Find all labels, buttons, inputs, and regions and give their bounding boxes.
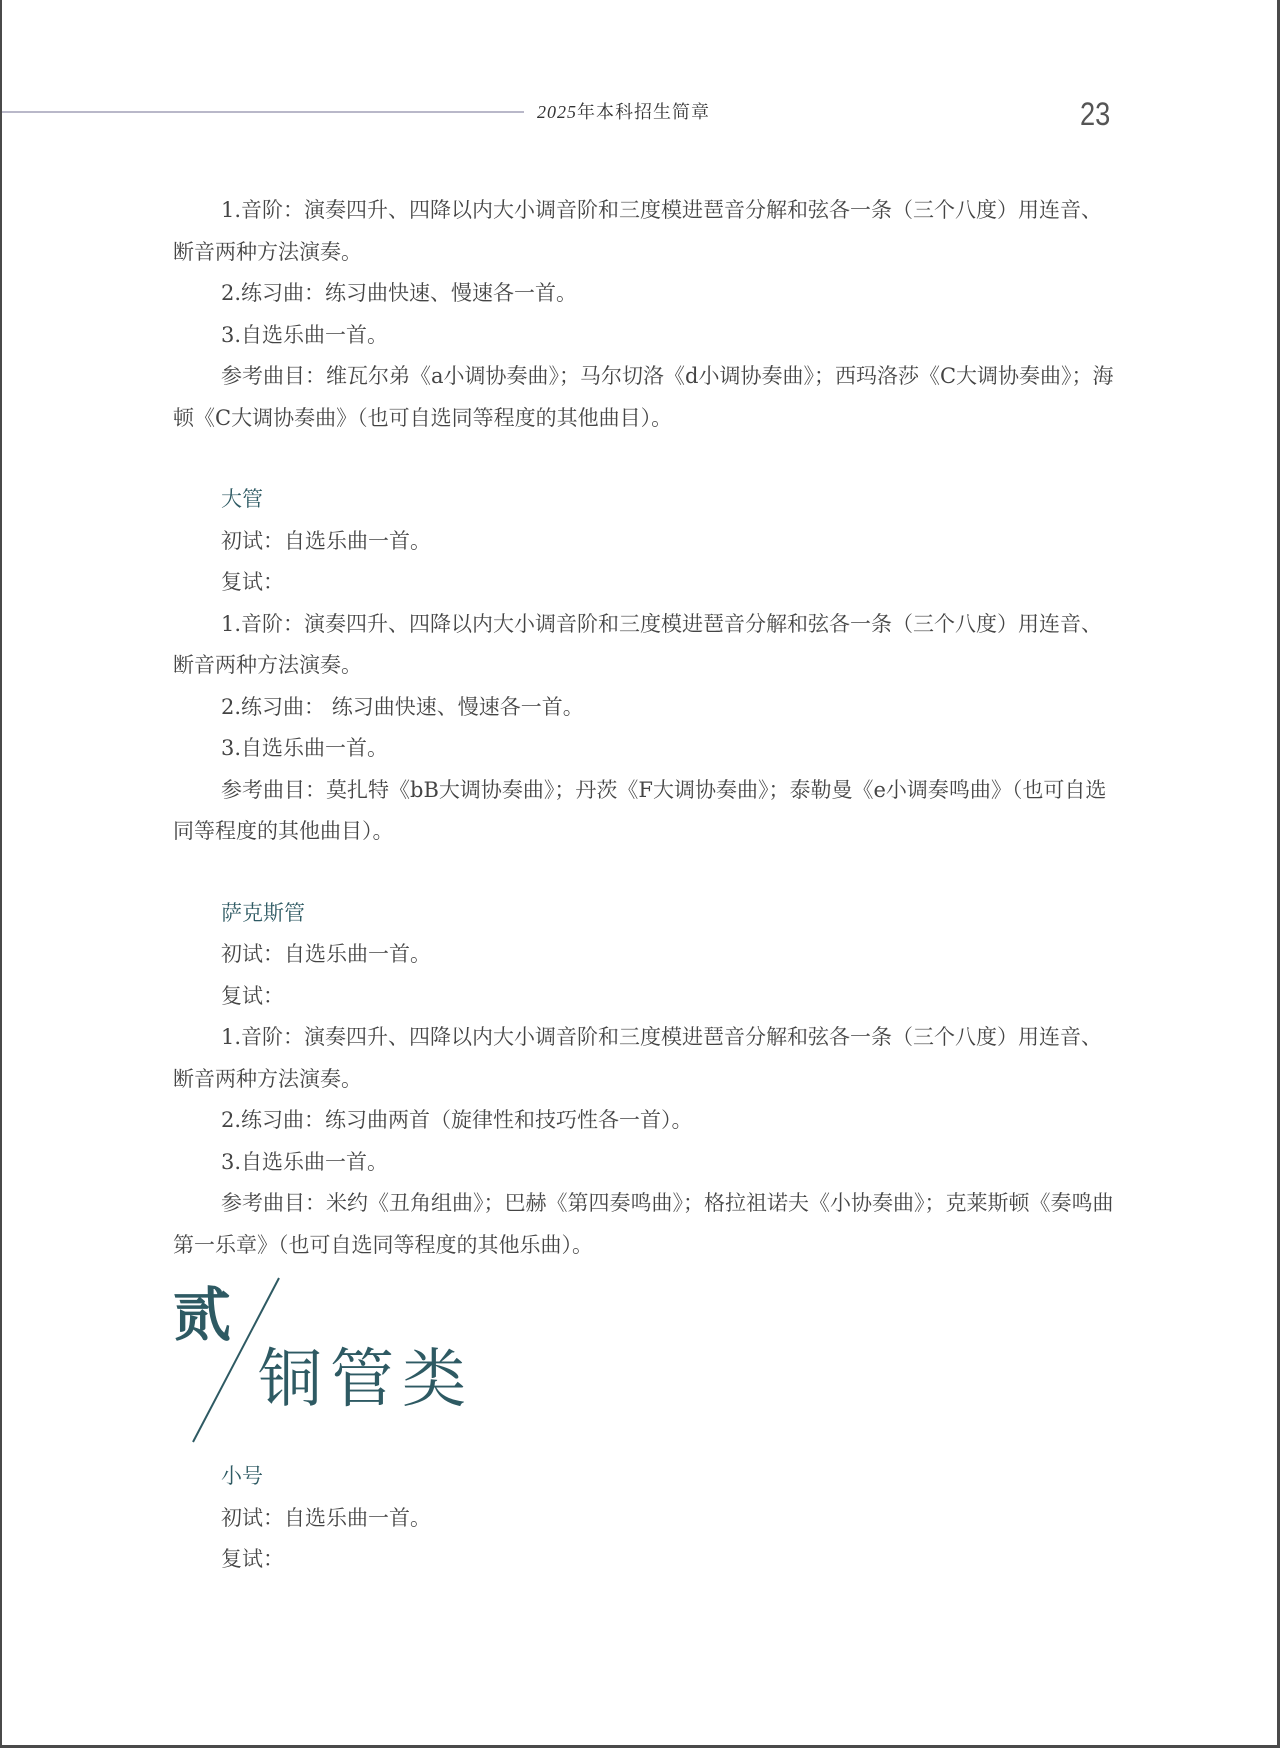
- paragraph: 复试：: [173, 976, 1115, 1018]
- paragraph: 参考曲目：维瓦尔弟《a小调协奏曲》；马尔切洛《d小调协奏曲》；西玛洛莎《C大调协…: [173, 356, 1115, 439]
- header-rule: [2, 111, 524, 113]
- paragraph: 2.练习曲：练习曲快速、慢速各一首。: [173, 273, 1115, 315]
- paragraph: 复试：: [173, 1539, 1115, 1581]
- paragraph: 初试：自选乐曲一首。: [173, 934, 1115, 976]
- paragraph: 参考曲目：米约《丑角组曲》；巴赫《第四奏鸣曲》；格拉祖诺夫《小协奏曲》；克莱斯顿…: [173, 1183, 1115, 1266]
- paragraph: 2.练习曲： 练习曲快速、慢速各一首。: [173, 687, 1115, 729]
- paragraph: 2.练习曲：练习曲两首（旋律性和技巧性各一首）。: [173, 1100, 1115, 1142]
- chapter-title-block: 贰 铜管类: [173, 1276, 1115, 1456]
- page-number: 23: [1080, 96, 1110, 133]
- spacer: [173, 853, 1115, 893]
- paragraph: 1.音阶：演奏四升、四降以内大小调音阶和三度模进琶音分解和弦各一条（三个八度）用…: [173, 604, 1115, 687]
- paragraph: 3.自选乐曲一首。: [173, 315, 1115, 357]
- paragraph: 1.音阶：演奏四升、四降以内大小调音阶和三度模进琶音分解和弦各一条（三个八度）用…: [173, 190, 1115, 273]
- paragraph: 3.自选乐曲一首。: [173, 728, 1115, 770]
- running-header: 2025年本科招生简章: [537, 98, 710, 124]
- section-heading-bassoon: 大管: [173, 479, 1115, 521]
- paragraph: 参考曲目：莫扎特《bB大调协奏曲》；丹茨《F大调协奏曲》；泰勒曼《e小调奏鸣曲》…: [173, 770, 1115, 853]
- paragraph: 3.自选乐曲一首。: [173, 1142, 1115, 1184]
- spacer: [173, 439, 1115, 479]
- paragraph: 1.音阶：演奏四升、四降以内大小调音阶和三度模进琶音分解和弦各一条（三个八度）用…: [173, 1017, 1115, 1100]
- paragraph: 复试：: [173, 562, 1115, 604]
- paragraph: 初试：自选乐曲一首。: [173, 1498, 1115, 1540]
- section-heading-trumpet: 小号: [173, 1456, 1115, 1498]
- paragraph: 初试：自选乐曲一首。: [173, 521, 1115, 563]
- page-body: 1.音阶：演奏四升、四降以内大小调音阶和三度模进琶音分解和弦各一条（三个八度）用…: [173, 190, 1115, 1581]
- header-title: 年本科招生简章: [577, 102, 710, 122]
- chapter-title: 铜管类: [258, 1348, 474, 1412]
- header-year: 2025: [537, 102, 577, 122]
- chapter-number: 贰: [173, 1286, 231, 1344]
- section-heading-saxophone: 萨克斯管: [173, 893, 1115, 935]
